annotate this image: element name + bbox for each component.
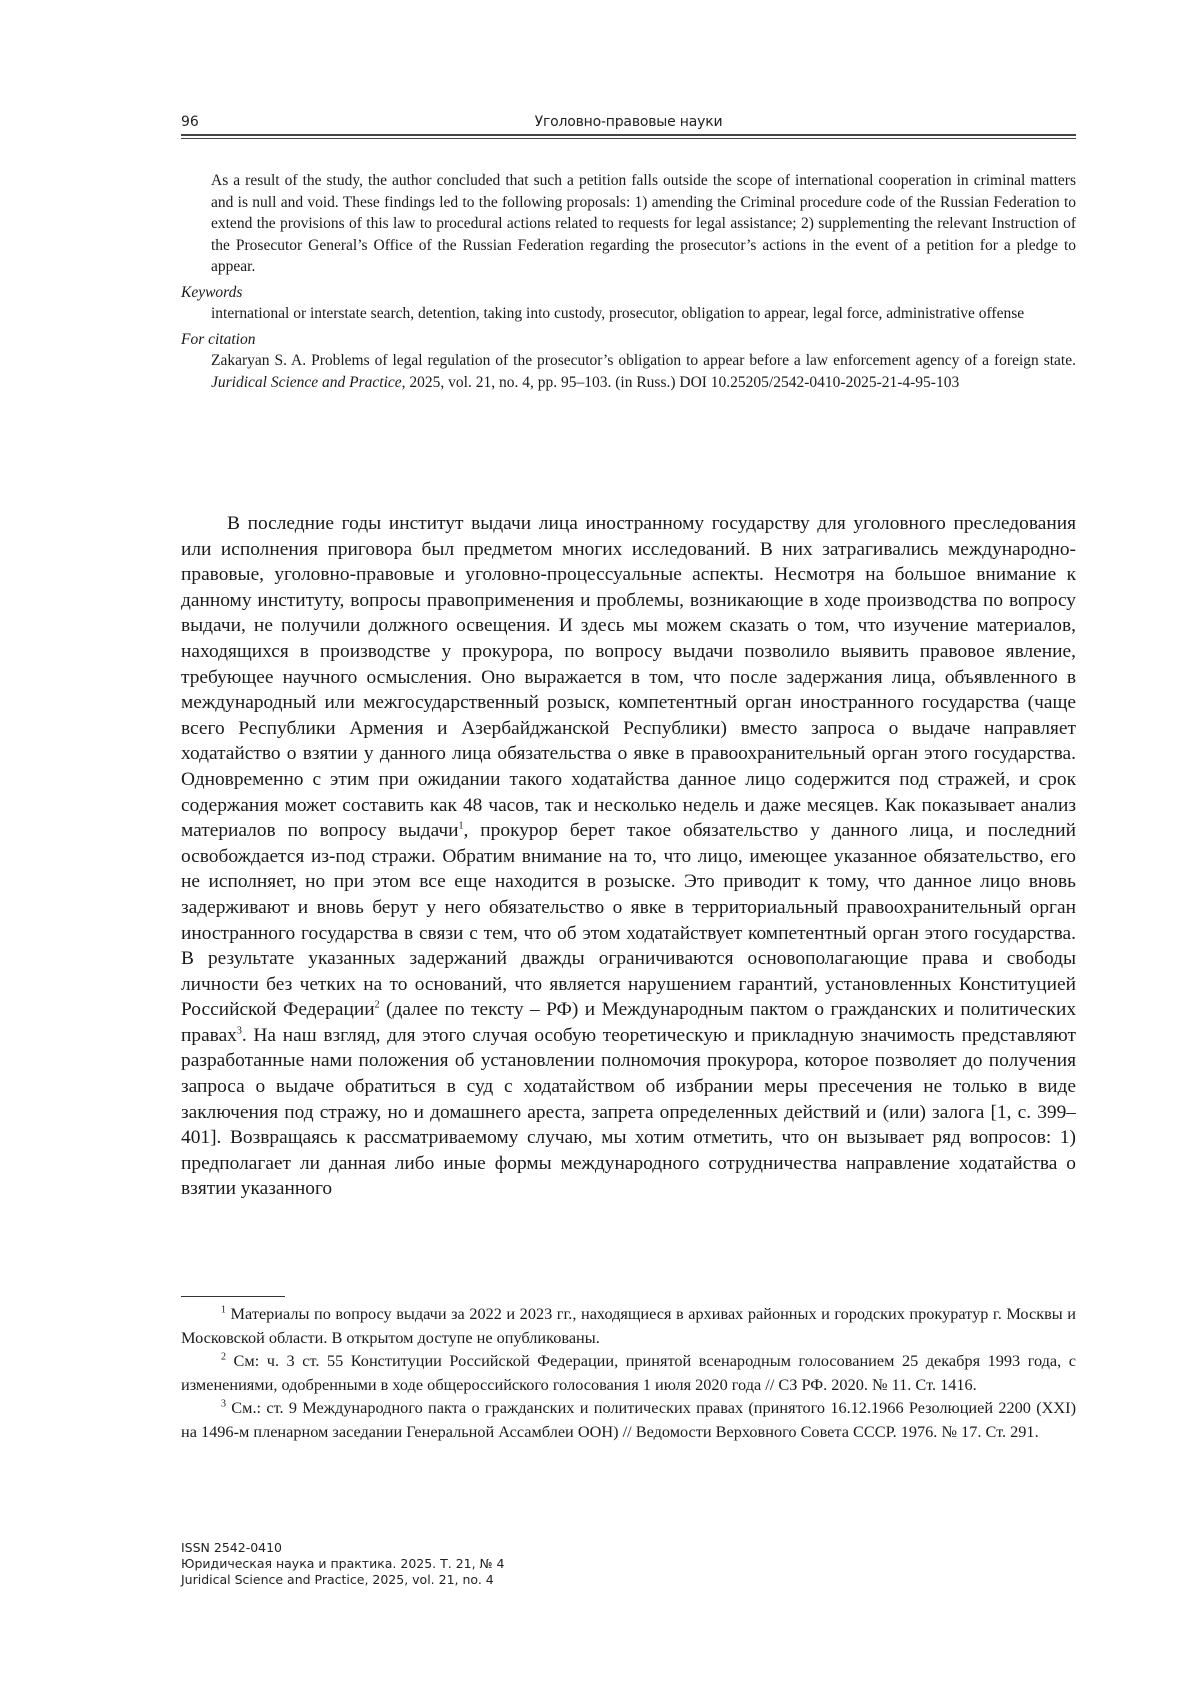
abstract-text: As a result of the study, the author con… xyxy=(181,170,1076,278)
body-text-segment: , прокурор берет такое обязательство у д… xyxy=(181,820,1076,1020)
journal-ru: Юридическая наука и практика. 2025. Т. 2… xyxy=(181,1556,504,1572)
citation-text: Zakaryan S. A. Problems of legal regulat… xyxy=(181,350,1076,393)
keywords-label: Keywords xyxy=(181,282,1076,304)
footnote-text: Материалы по вопросу выдачи за 2022 и 20… xyxy=(181,1304,1076,1347)
page-footer: ISSN 2542-0410 Юридическая наука и практ… xyxy=(181,1540,504,1588)
citation-authors-title: Zakaryan S. A. Problems of legal regulat… xyxy=(211,352,1076,369)
article-body: В последние годы институт выдачи лица ин… xyxy=(181,511,1076,1202)
citation-details: , 2025, vol. 21, no. 4, pp. 95–103. (in … xyxy=(402,374,960,391)
running-header: 96 Уголовно-правовые науки xyxy=(181,114,1076,136)
body-paragraph: В последние годы институт выдачи лица ин… xyxy=(181,511,1076,1202)
footnote-3: 3 См.: ст. 9 Международного пакта о граж… xyxy=(181,1396,1076,1443)
citation-journal: Juridical Science and Practice xyxy=(211,374,402,391)
section-title: Уголовно-правовые науки xyxy=(181,114,1076,130)
journal-en: Juridical Science and Practice, 2025, vo… xyxy=(181,1572,504,1588)
header-double-rule xyxy=(181,134,1076,139)
footnotes: 1 Материалы по вопросу выдачи за 2022 и … xyxy=(181,1302,1076,1443)
english-abstract: As a result of the study, the author con… xyxy=(181,170,1076,393)
footnote-text: См.: ст. 9 Международного пакта о гражда… xyxy=(181,1398,1076,1441)
footnote-text: См: ч. 3 ст. 55 Конституции Российской Ф… xyxy=(181,1351,1076,1394)
body-text-segment: . На наш взгляд, для этого случая особую… xyxy=(181,1025,1076,1200)
citation-label: For citation xyxy=(181,329,1076,351)
footnote-separator xyxy=(181,1296,285,1297)
footnote-1: 1 Материалы по вопросу выдачи за 2022 и … xyxy=(181,1302,1076,1349)
body-text-segment: В последние годы институт выдачи лица ин… xyxy=(181,513,1076,841)
keywords-text: international or interstate search, dete… xyxy=(181,303,1076,325)
issn: ISSN 2542-0410 xyxy=(181,1540,504,1556)
footnote-2: 2 См: ч. 3 ст. 55 Конституции Российской… xyxy=(181,1349,1076,1396)
